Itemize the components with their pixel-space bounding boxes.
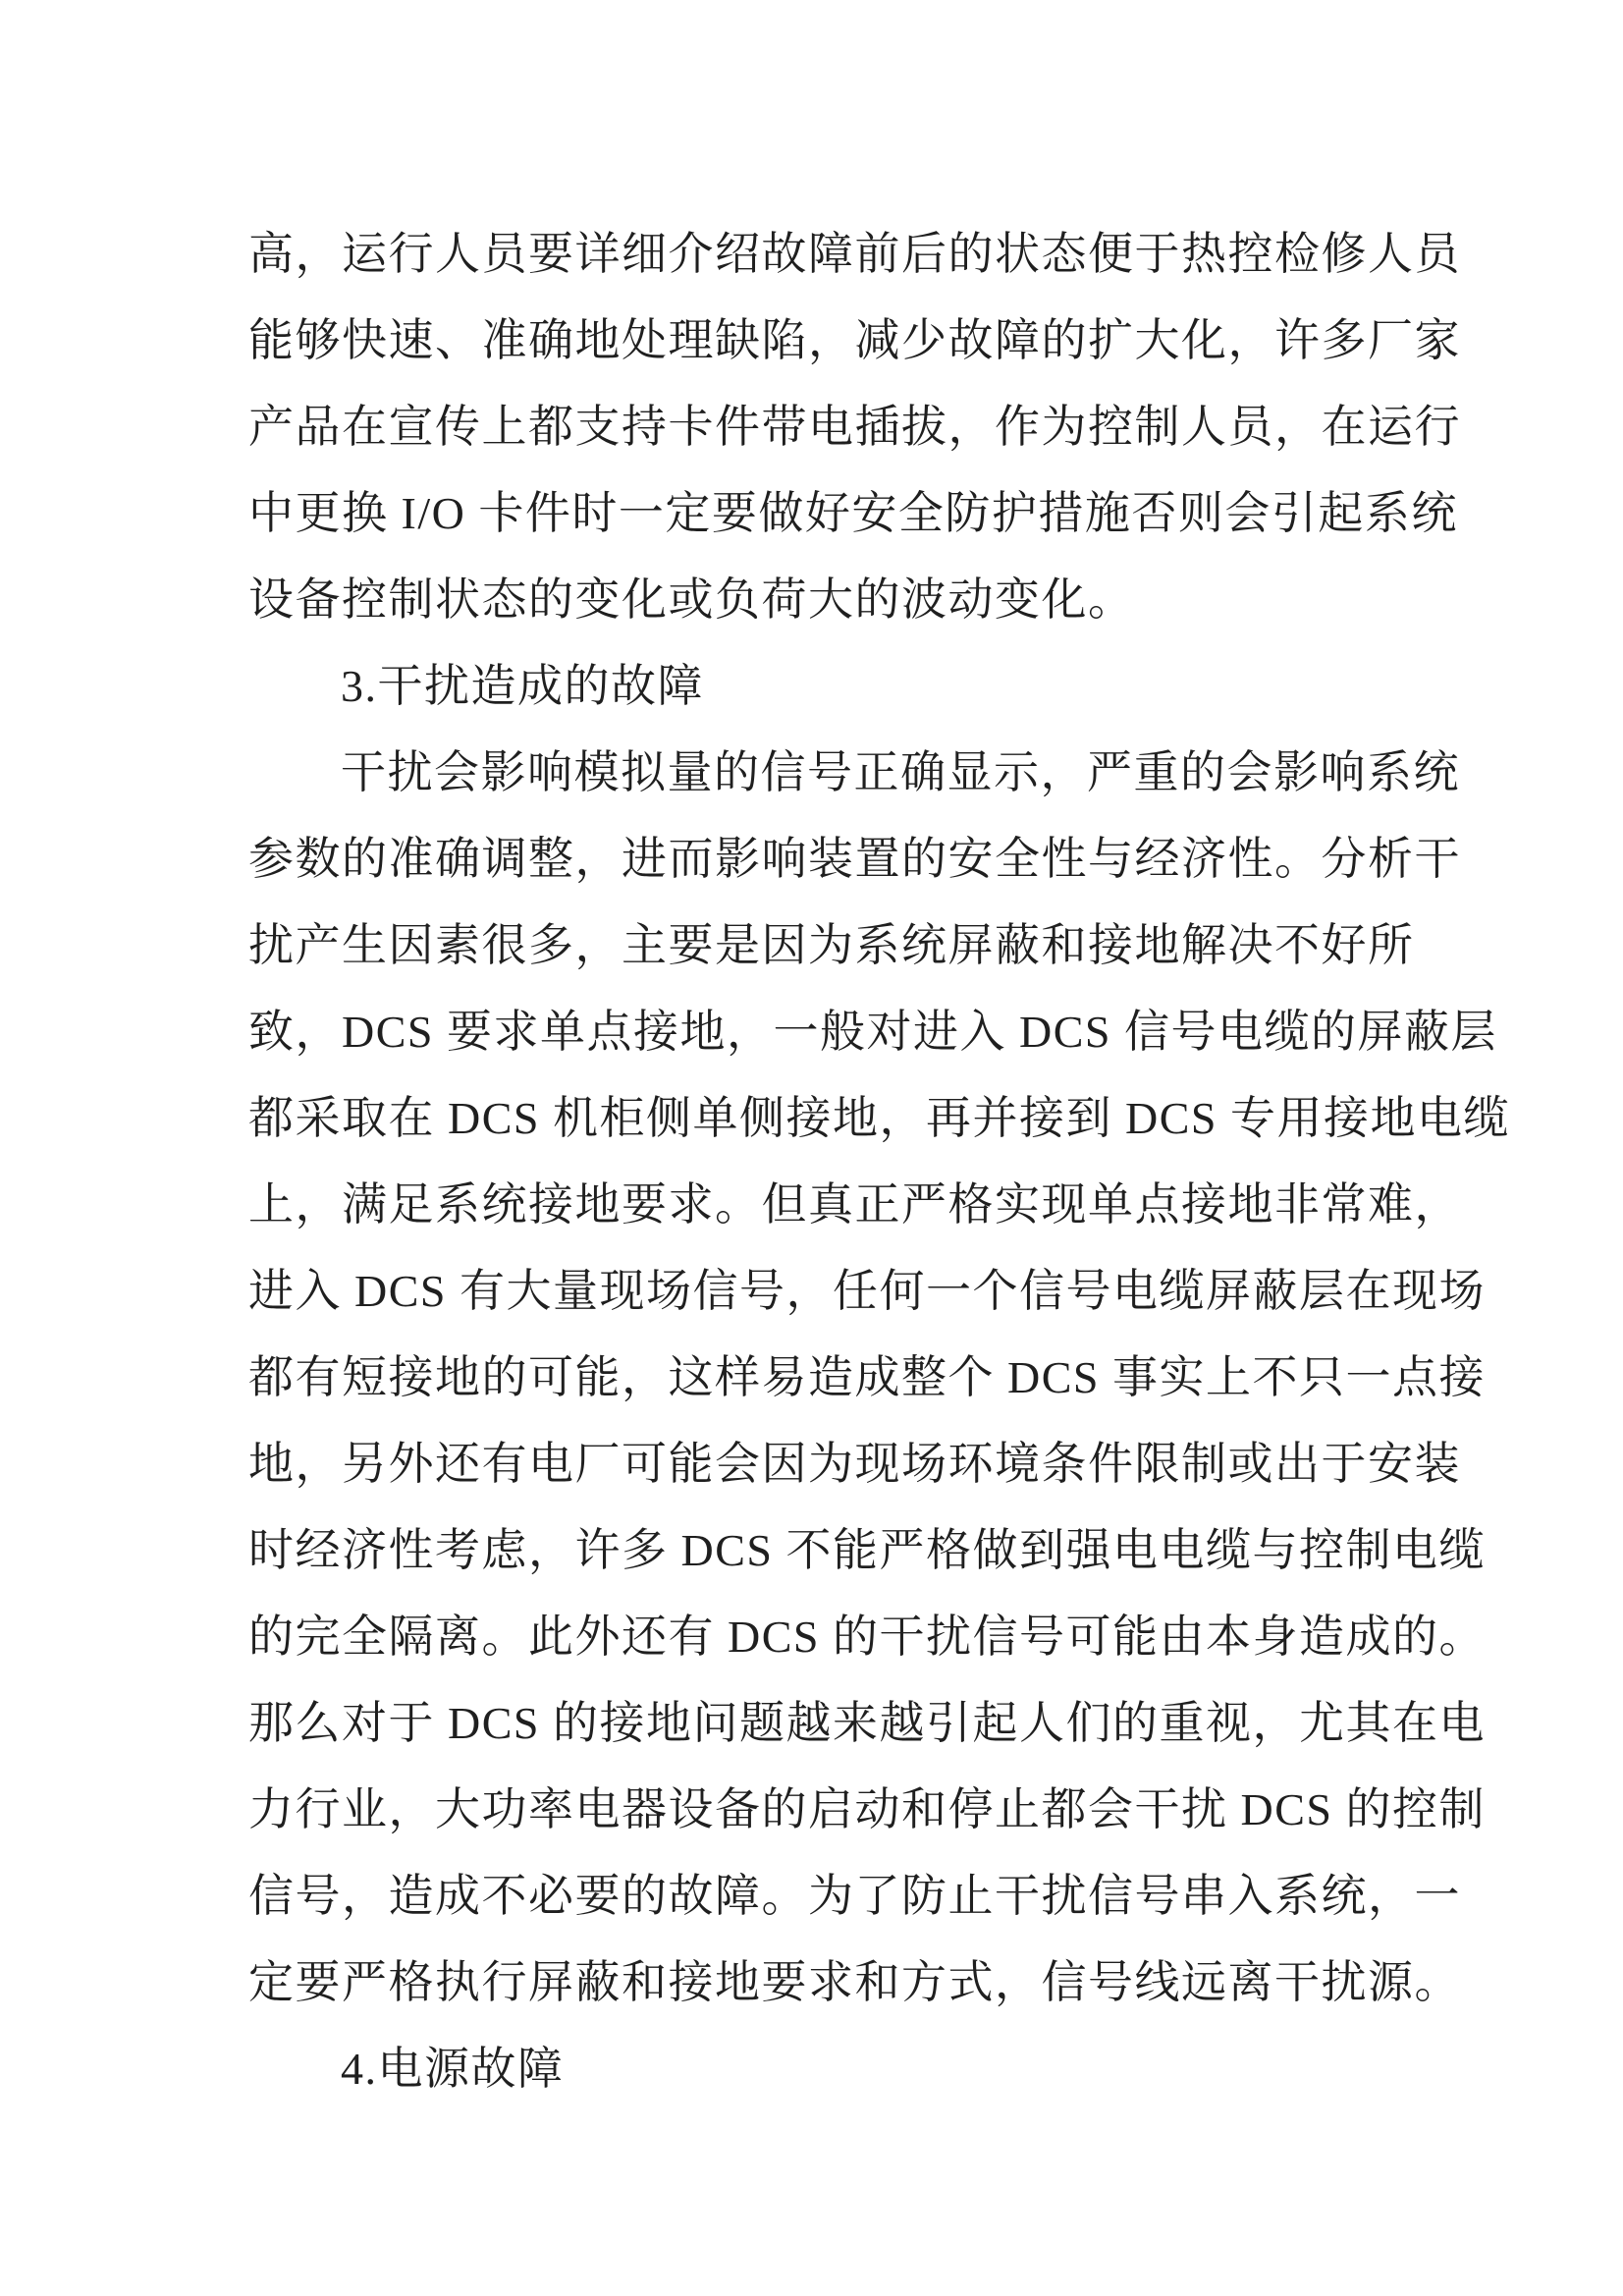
text-line: 信号，造成不必要的故障。为了防止干扰信号串入系统，一 — [248, 1853, 1407, 1940]
text-line: 中更换 I/O 卡件时一定要做好安全防护措施否则会引起系统 — [248, 470, 1407, 557]
text-line: 扰产生因素很多，主要是因为系统屏蔽和接地解决不好所 — [248, 902, 1407, 989]
text-line: 时经济性考虑，许多 DCS 不能严格做到强电电缆与控制电缆 — [248, 1507, 1407, 1594]
text-line: 都有短接地的可能，这样易造成整个 DCS 事实上不只一点接 — [248, 1335, 1407, 1421]
text-line: 的完全隔离。此外还有 DCS 的干扰信号可能由本身造成的。 — [248, 1594, 1407, 1680]
section-heading: 4.电源故障 — [248, 2026, 1407, 2112]
text-line: 参数的准确调整，进而影响装置的安全性与经济性。分析干 — [248, 816, 1407, 902]
text-line: 那么对于 DCS 的接地问题越来越引起人们的重视，尤其在电 — [248, 1680, 1407, 1767]
text-line: 上，满足系统接地要求。但真正严格实现单点接地非常难， — [248, 1162, 1407, 1248]
text-line: 定要严格执行屏蔽和接地要求和方式，信号线远离干扰源。 — [248, 1940, 1407, 2026]
text-line: 进入 DCS 有大量现场信号，任何一个信号电缆屏蔽层在现场 — [248, 1248, 1407, 1335]
text-line: 致，DCS 要求单点接地，一般对进入 DCS 信号电缆的屏蔽层 — [248, 989, 1407, 1075]
text-line: 能够快速、准确地处理缺陷，减少故障的扩大化，许多厂家 — [248, 298, 1407, 384]
text-line: 地，另外还有电厂可能会因为现场环境条件限制或出于安装 — [248, 1421, 1407, 1507]
text-line: 产品在宣传上都支持卡件带电插拔，作为控制人员，在运行 — [248, 384, 1407, 470]
text-line: 都采取在 DCS 机柜侧单侧接地，再并接到 DCS 专用接地电缆 — [248, 1075, 1407, 1162]
text-line: 高，运行人员要详细介绍故障前后的状态便于热控检修人员 — [248, 211, 1407, 298]
text-line: 设备控制状态的变化或负荷大的波动变化。 — [248, 557, 1407, 643]
document-page: 高，运行人员要详细介绍故障前后的状态便于热控检修人员 能够快速、准确地处理缺陷，… — [0, 0, 1623, 2296]
text-line: 力行业，大功率电器设备的启动和停止都会干扰 DCS 的控制 — [248, 1767, 1407, 1853]
section-heading: 3.干扰造成的故障 — [248, 643, 1407, 730]
text-line: 干扰会影响模拟量的信号正确显示，严重的会影响系统 — [248, 730, 1407, 816]
